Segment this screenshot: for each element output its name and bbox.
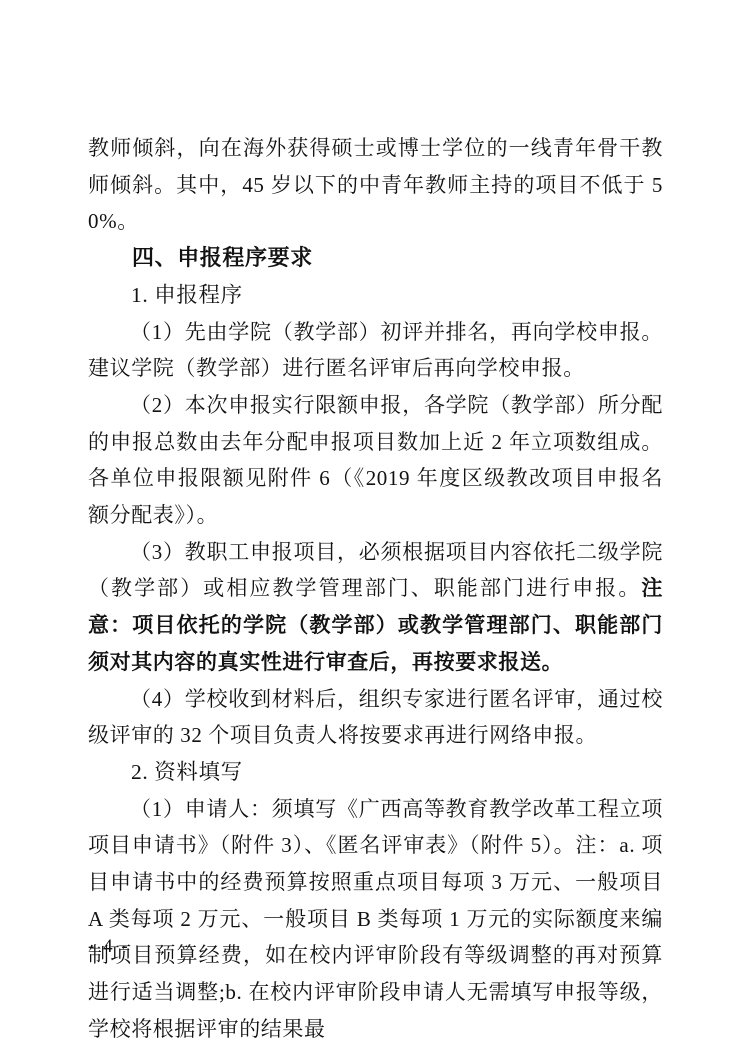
page-number: - 4 - [88, 933, 130, 961]
paragraph-4: （4）学校收到材料后，组织专家进行匿名评审，通过校级评审的 32 个项目负责人将… [88, 681, 663, 754]
paragraph-3-normal-text: （3）教职工申报项目，必须根据项目内容依托二级学院（教学部）或相应教学管理部门、… [88, 540, 663, 601]
subsection-2-title: 2. 资料填写 [88, 754, 663, 791]
subsection-1-title: 1. 申报程序 [88, 277, 663, 314]
intro-paragraph: 教师倾斜，向在海外获得硕士或博士学位的一线青年骨干教师倾斜。其中，45 岁以下的… [88, 130, 663, 240]
paragraph-5: （1）申请人：须填写《广西高等教育教学改革工程立项项目申请书》（附件 3）、《匿… [88, 791, 663, 1048]
document-body: 教师倾斜，向在海外获得硕士或博士学位的一线青年骨干教师倾斜。其中，45 岁以下的… [88, 130, 663, 1048]
section-heading-4: 四、申报程序要求 [88, 240, 663, 277]
paragraph-1: （1）先由学院（教学部）初评并排名，再向学校申报。建议学院（教学部）进行匿名评审… [88, 314, 663, 387]
document-page: 教师倾斜，向在海外获得硕士或博士学位的一线青年骨干教师倾斜。其中，45 岁以下的… [0, 0, 750, 1060]
paragraph-2: （2）本次申报实行限额申报，各学院（教学部）所分配的申报总数由去年分配申报项目数… [88, 387, 663, 534]
paragraph-3: （3）教职工申报项目，必须根据项目内容依托二级学院（教学部）或相应教学管理部门、… [88, 534, 663, 681]
